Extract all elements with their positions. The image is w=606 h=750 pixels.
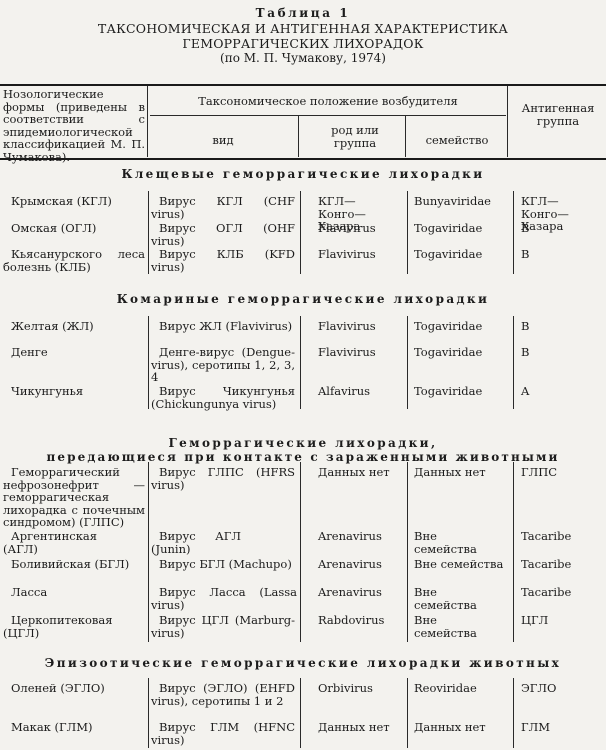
cell-family: Reoviridae xyxy=(414,682,504,695)
cell-species: Вирус Ласса (Lassa virus) xyxy=(151,586,297,611)
table-title-block: Таблица 1 ТАКСОНОМИЧЕСКАЯ И АНТИГЕННАЯ Х… xyxy=(0,0,606,66)
cell-family: Togaviridae xyxy=(414,248,504,261)
section-title: Комариные геморрагические лихорадки xyxy=(0,292,606,306)
cell-species: Вирус КЛБ (KFD virus) xyxy=(151,248,295,273)
header-divider xyxy=(147,86,148,157)
section-title: Клещевые геморрагические лихорадки xyxy=(0,167,606,181)
column-divider xyxy=(407,316,408,409)
cell-species: Вирус (ЭГЛО) (EHFD virus), серотипы 1 и … xyxy=(151,682,295,707)
cell-family: Togaviridae xyxy=(414,320,504,333)
table-title-line2: ГЕМОРРАГИЧЕСКИХ ЛИХОРАДОК xyxy=(0,36,606,51)
cell-form: Чикунгунья xyxy=(3,385,145,398)
column-divider xyxy=(148,191,149,274)
cell-form: Крымская (КГЛ) xyxy=(3,195,145,208)
cell-genus: Данных нет xyxy=(318,721,404,734)
column-divider xyxy=(513,678,514,748)
header-species: вид xyxy=(150,134,296,147)
cell-form: Омская (ОГЛ) xyxy=(3,222,145,235)
column-divider xyxy=(513,462,514,642)
cell-family: Вне семейства xyxy=(414,586,499,611)
section-title: Эпизоотические геморрагические лихорадки… xyxy=(0,656,606,670)
cell-form: Геморрагический нефрозонефрит — геморраг… xyxy=(3,466,145,529)
cell-antigen: Tacaribe xyxy=(521,530,605,543)
header-genus: род или группа xyxy=(330,124,380,149)
cell-form: Ласса xyxy=(3,586,145,599)
cell-form: Церкопитековая (ЦГЛ) xyxy=(3,614,145,639)
header-family: семейство xyxy=(408,134,506,147)
cell-family: Togaviridae xyxy=(414,385,504,398)
cell-antigen: B xyxy=(521,248,605,261)
header-top-rule xyxy=(0,84,606,86)
cell-species: Вирус АГЛ (Junin) xyxy=(151,530,241,555)
section-title: Геморрагические лихорадки,передающиеся п… xyxy=(0,436,606,464)
cell-genus: Flavivirus xyxy=(318,248,404,261)
table-title-source: (по М. П. Чумакову, 1974) xyxy=(0,51,606,66)
cell-antigen: ГЛПС xyxy=(521,466,605,479)
cell-species: Денге-вирус (Dengue-virus), серотипы 1, … xyxy=(151,346,295,384)
column-divider xyxy=(300,191,301,274)
section-title-line: Геморрагические лихорадки, xyxy=(0,436,606,450)
column-divider xyxy=(148,678,149,748)
cell-family: Togaviridae xyxy=(414,346,504,359)
cell-form: Кьясанурского леса болезнь (КЛБ) xyxy=(3,248,145,273)
cell-antigen: ГЛМ xyxy=(521,721,605,734)
header-antigen-group: Антигенная группа xyxy=(510,102,606,127)
cell-species: Вирус ГЛПС (HFRS virus) xyxy=(151,466,295,491)
cell-form: Аргентинская (АГЛ) xyxy=(3,530,123,555)
cell-antigen: Tacaribe xyxy=(521,586,605,599)
header-nosological-forms: Нозологические формы (приведены в соотве… xyxy=(3,88,145,163)
cell-form: Оленей (ЭГЛО) xyxy=(3,682,145,695)
cell-form: Желтая (ЖЛ) xyxy=(3,320,145,333)
cell-genus: Flavivirus xyxy=(318,222,404,235)
table-title-line1: ТАКСОНОМИЧЕСКАЯ И АНТИГЕННАЯ ХАРАКТЕРИСТ… xyxy=(0,21,606,36)
cell-species: Вирус Чикунгунья (Chickungunya virus) xyxy=(151,385,295,410)
header-divider xyxy=(405,116,406,157)
section-title-line: передающиеся при контакте с зараженными … xyxy=(0,450,606,464)
cell-species: Вирус ОГЛ (OHF virus) xyxy=(151,222,295,247)
header-bottom-rule xyxy=(0,158,606,160)
cell-genus: Данных нет xyxy=(318,466,404,479)
cell-family: Togaviridae xyxy=(414,222,504,235)
cell-form: Боливийская (БГЛ) xyxy=(3,558,145,571)
cell-genus: Alfavirus xyxy=(318,385,404,398)
cell-family: Bunyaviridae xyxy=(414,195,472,208)
cell-antigen: ЭГЛО xyxy=(521,682,605,695)
column-divider xyxy=(300,678,301,748)
cell-species: Вирус ЦГЛ (Marburg-virus) xyxy=(151,614,295,639)
header-sub-rule xyxy=(150,115,506,116)
column-divider xyxy=(148,316,149,409)
cell-family: Вне семейства xyxy=(414,530,499,555)
cell-genus: Flavivirus xyxy=(318,320,404,333)
cell-genus: Arenavirus xyxy=(318,530,404,543)
column-divider xyxy=(148,462,149,642)
cell-species: Вирус КГЛ (CHF virus) xyxy=(151,195,295,220)
header-taxonomy-group: Таксономическое положение возбудителя xyxy=(150,95,506,108)
cell-antigen: A xyxy=(521,385,605,398)
cell-genus: Rabdovirus xyxy=(318,614,404,627)
document-page: Таблица 1 ТАКСОНОМИЧЕСКАЯ И АНТИГЕННАЯ Х… xyxy=(0,0,606,750)
cell-family: Данных нет xyxy=(414,721,504,734)
table-label: Таблица 1 xyxy=(0,6,606,21)
column-divider xyxy=(407,678,408,748)
cell-antigen: B xyxy=(521,346,605,359)
column-divider xyxy=(407,462,408,642)
cell-genus: Arenavirus xyxy=(318,558,404,571)
column-divider xyxy=(300,462,301,642)
cell-species: Вирус ЖЛ (Flavivirus) xyxy=(151,320,295,333)
cell-genus: Orbivirus xyxy=(318,682,404,695)
cell-form: Денге xyxy=(3,346,145,359)
cell-species: Вирус БГЛ (Machupo) xyxy=(151,558,295,571)
column-divider xyxy=(407,191,408,274)
cell-family: Вне семейства xyxy=(414,558,504,571)
column-divider xyxy=(513,191,514,274)
cell-antigen: B xyxy=(521,320,605,333)
cell-antigen: Tacaribe xyxy=(521,558,605,571)
column-divider xyxy=(300,316,301,409)
header-divider xyxy=(298,116,299,157)
cell-genus: Flavivirus xyxy=(318,346,404,359)
header-divider xyxy=(507,86,508,157)
cell-antigen: B xyxy=(521,222,605,235)
cell-species: Вирус ГЛМ (HFNC virus) xyxy=(151,721,295,746)
cell-form: Макак (ГЛМ) xyxy=(3,721,145,734)
cell-family: Вне семейства xyxy=(414,614,499,639)
cell-family: Данных нет xyxy=(414,466,504,479)
cell-antigen: ЦГЛ xyxy=(521,614,605,627)
column-divider xyxy=(513,316,514,409)
cell-genus: Arenavirus xyxy=(318,586,404,599)
